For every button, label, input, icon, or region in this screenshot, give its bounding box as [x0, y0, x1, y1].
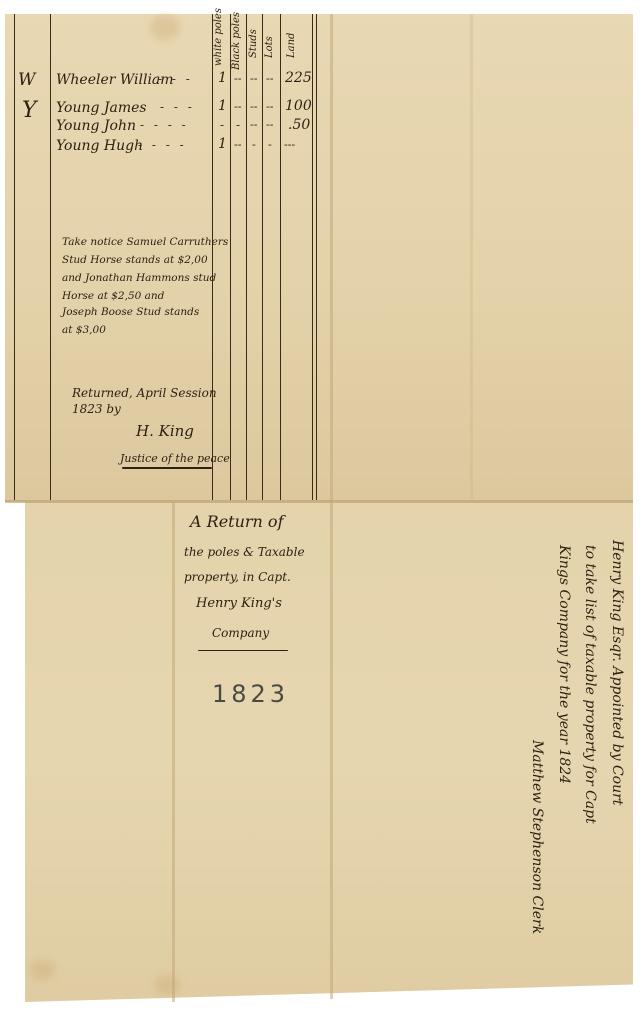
- column-rule: [262, 14, 263, 500]
- notice-line: and Jonathan Hammons stud: [62, 272, 216, 284]
- leader-dashes: - - -: [160, 100, 195, 114]
- signature: H. King: [136, 422, 194, 440]
- docket-flourish: [198, 650, 288, 651]
- notice-line: Take notice Samuel Carruthers: [62, 236, 228, 248]
- cell-white-poles: 1: [218, 136, 227, 152]
- cell-studs: --: [250, 72, 257, 85]
- cell-black-poles: -: [236, 118, 240, 132]
- water-stain: [30, 960, 55, 980]
- margin-rule: [50, 14, 51, 500]
- cell-land: ---: [284, 138, 295, 151]
- column-header-land: Land: [286, 33, 297, 58]
- endorsement-line: Matthew Stephenson Clerk: [529, 740, 545, 934]
- cell-land: .50: [288, 117, 310, 133]
- column-rule: [312, 14, 313, 500]
- leader-dashes: - - - -: [138, 138, 187, 152]
- column-header-white-poles: white poles: [213, 8, 224, 66]
- vertical-fold-line: [172, 502, 175, 1002]
- taxpayer-name: Young Hugh: [56, 138, 143, 154]
- column-header-lots: Lots: [264, 36, 275, 58]
- column-header-black-poles: Black poles: [231, 12, 242, 70]
- endorsement-line: Henry King Esqr. Appointed by Court: [609, 540, 625, 805]
- horizontal-fold-line: [5, 500, 633, 503]
- cell-lots: -: [268, 138, 272, 151]
- cell-land: 100: [285, 98, 312, 114]
- return-line: 1823 by: [72, 402, 121, 416]
- cell-white-poles: 1: [218, 98, 227, 114]
- docket-line: property, in Capt.: [184, 570, 291, 584]
- leader-dashes: - - - -: [140, 118, 189, 132]
- signature-flourish: [122, 467, 212, 469]
- cell-studs: --: [250, 118, 257, 131]
- column-rule: [230, 14, 231, 500]
- pencil-year: 1823: [212, 680, 289, 708]
- column-rule: [280, 14, 281, 500]
- notice-line: Horse at $2,50 and: [62, 290, 164, 302]
- cell-white-poles: -: [220, 118, 224, 132]
- docket-line: A Return of: [190, 512, 283, 531]
- index-letter: W: [18, 70, 35, 90]
- return-line: Returned, April Session: [72, 386, 217, 400]
- water-stain: [150, 15, 180, 40]
- document-scan: white poles Black poles Studs Lots Land …: [0, 0, 643, 1023]
- cell-studs: --: [250, 100, 257, 113]
- leader-dashes: - - -: [158, 72, 193, 86]
- docket-line: Henry King's: [196, 596, 282, 611]
- cell-lots: --: [266, 100, 273, 113]
- cell-land: 225: [285, 70, 312, 86]
- taxpayer-name: Young John: [56, 118, 136, 134]
- vertical-fold-line: [470, 14, 473, 499]
- endorsement-line: to take list of taxable property for Cap…: [582, 545, 598, 824]
- column-rule: [316, 14, 317, 500]
- notice-line: Joseph Boose Stud stands: [62, 306, 199, 318]
- cell-lots: --: [266, 118, 273, 131]
- endorsement-line: Kings Company for the year 1824: [556, 545, 572, 784]
- docket-line: the poles & Taxable: [184, 545, 305, 559]
- index-letter: Y: [22, 98, 37, 123]
- cell-white-poles: 1: [218, 70, 227, 86]
- vertical-fold-line: [330, 14, 333, 999]
- signer-role: Justice of the peace: [120, 452, 230, 465]
- cell-black-poles: --: [234, 100, 241, 113]
- cell-studs: -: [252, 138, 256, 151]
- water-stain: [155, 975, 180, 995]
- notice-line: at $3,00: [62, 324, 106, 336]
- margin-rule: [14, 14, 15, 500]
- column-rule: [246, 14, 247, 500]
- column-rule: [212, 14, 213, 500]
- taxpayer-name: Wheeler William: [56, 72, 174, 88]
- docket-line: Company: [212, 626, 269, 640]
- cell-lots: --: [266, 72, 273, 85]
- taxpayer-name: Young James: [56, 100, 147, 116]
- notice-line: Stud Horse stands at $2,00: [62, 254, 208, 266]
- cell-black-poles: --: [234, 72, 241, 85]
- column-header-studs: Studs: [248, 29, 259, 58]
- cell-black-poles: --: [234, 138, 241, 151]
